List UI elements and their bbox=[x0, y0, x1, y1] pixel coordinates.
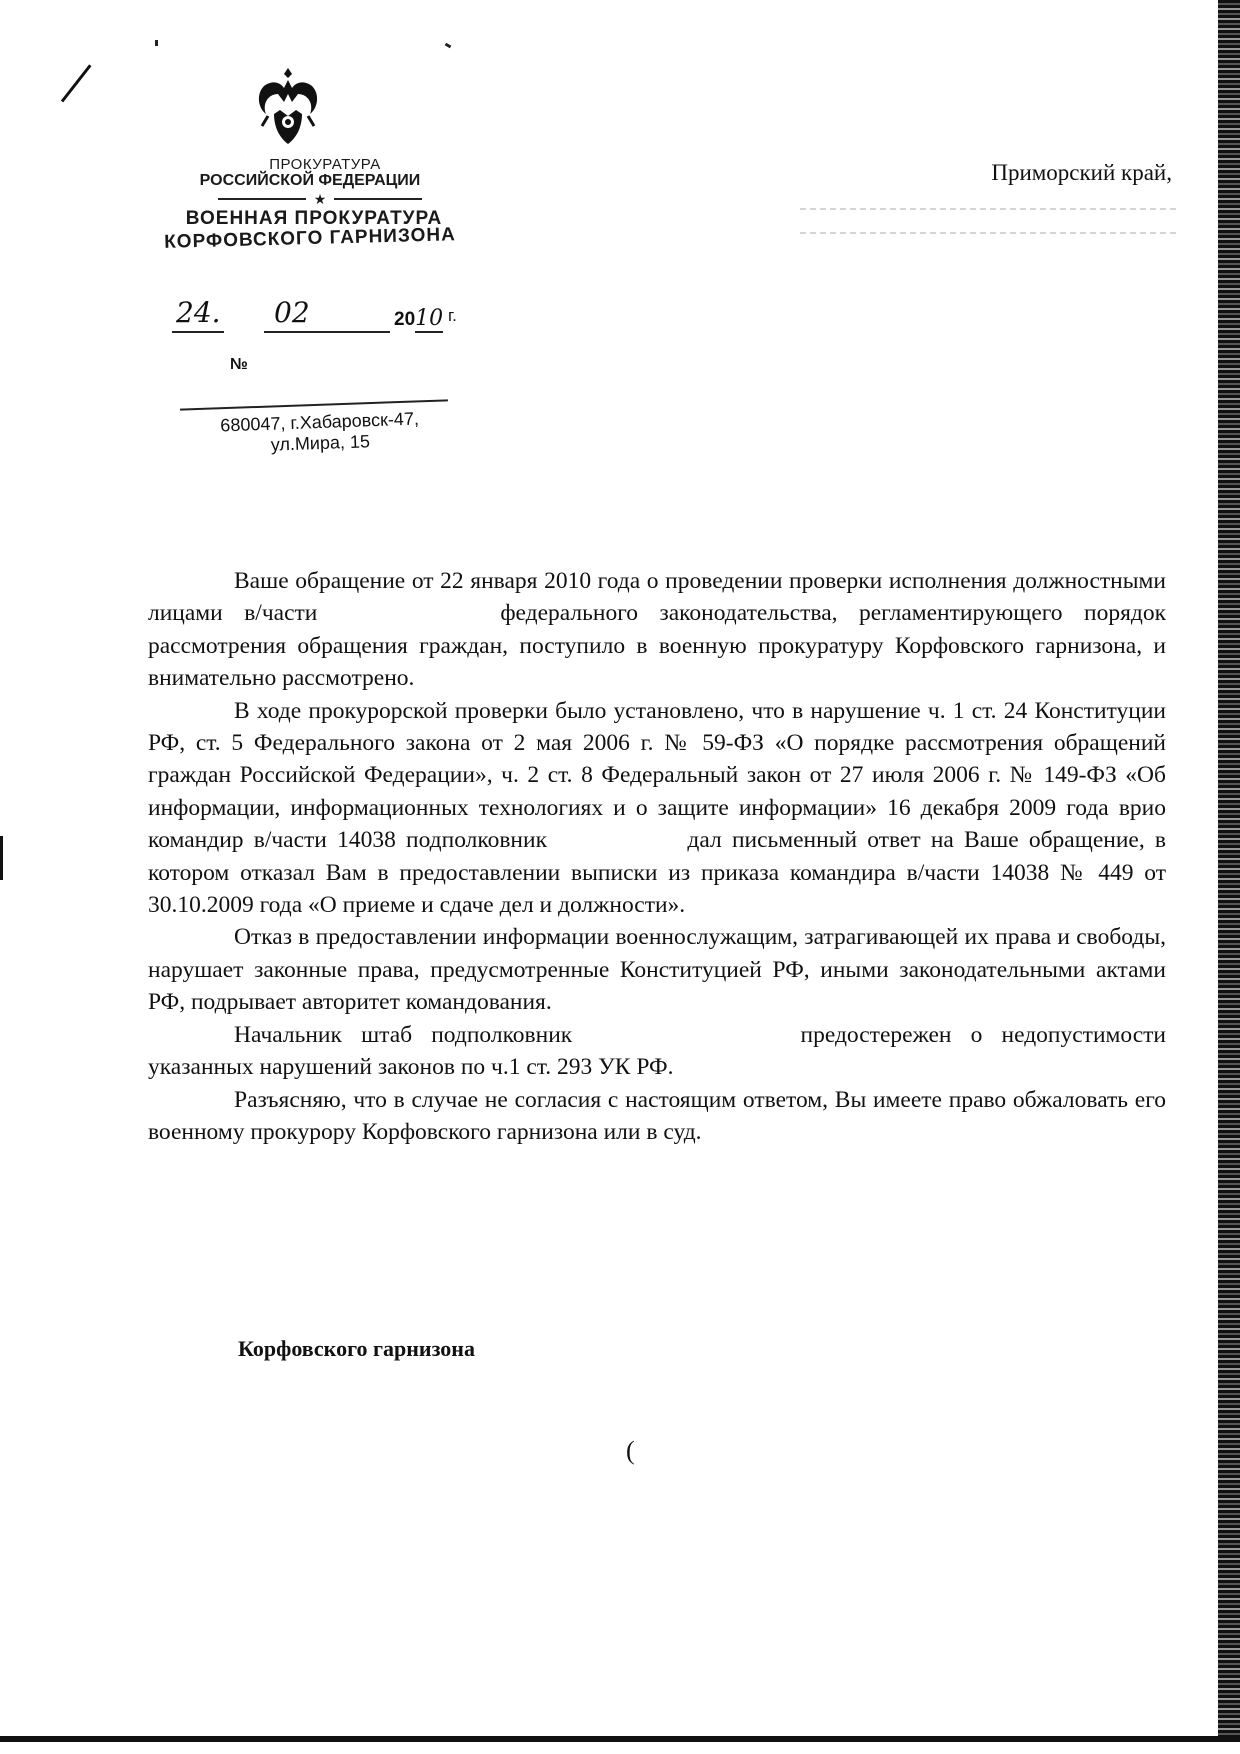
scan-edge-bottom bbox=[0, 1736, 1240, 1742]
document-number-label: № bbox=[230, 356, 248, 374]
document-date: 24. 02 2010 г. bbox=[168, 300, 468, 336]
paragraph: В ходе прокурорской проверки было устано… bbox=[148, 695, 1166, 922]
date-month: 02 bbox=[274, 296, 310, 329]
pen-mark bbox=[61, 64, 92, 102]
scan-speck bbox=[155, 40, 158, 46]
recipient-region: Приморский край, bbox=[800, 160, 1180, 186]
date-day: 24. bbox=[176, 296, 221, 329]
date-underline bbox=[172, 331, 224, 333]
letter-body: Ваше обращение от 22 января 2010 года о … bbox=[148, 565, 1166, 1148]
sender-address: 680047, г.Хабаровск-47, ул.Мира, 15 bbox=[189, 407, 450, 458]
date-underline bbox=[264, 331, 390, 333]
double-headed-eagle-emblem-icon bbox=[252, 64, 324, 152]
stamp-line-federation: РОССИЙСКОЙ ФЕДЕРАЦИИ bbox=[160, 172, 460, 190]
recipient-block: Приморский край, bbox=[800, 160, 1180, 234]
paragraph: Разъясняю, что в случае не согласия с на… bbox=[148, 1084, 1166, 1149]
paragraph: Отказ в предоставлении информации военно… bbox=[148, 921, 1166, 1018]
paragraph: Ваше обращение от 22 января 2010 года о … bbox=[148, 565, 1166, 695]
scan-speck bbox=[445, 43, 452, 49]
date-year: 2010 bbox=[394, 306, 443, 331]
stamp-divider: ★ bbox=[180, 192, 460, 206]
paragraph-text: Начальник штаб подполковник bbox=[234, 1022, 572, 1048]
redacted-recipient-line bbox=[800, 208, 1180, 210]
letterhead-stamp: ПРОКУРАТУРА РОССИЙСКОЙ ФЕДЕРАЦИИ ★ ВОЕНН… bbox=[160, 156, 460, 250]
paragraph: Начальник штаб подполковник предостереже… bbox=[148, 1019, 1166, 1084]
year-suffix: г. bbox=[448, 306, 457, 326]
stamp-line-prosecutor: ПРОКУРАТУРА bbox=[190, 156, 460, 173]
signature-org: Корфовского гарнизона bbox=[238, 1336, 475, 1362]
year-handwritten: 10 bbox=[415, 306, 443, 333]
redacted-recipient-line bbox=[800, 232, 1180, 234]
signature-stroke: ( bbox=[626, 1436, 635, 1466]
star-icon: ★ bbox=[314, 192, 327, 206]
divider-rule bbox=[218, 198, 306, 200]
scan-edge-right bbox=[1218, 0, 1240, 1740]
year-prefix: 20 bbox=[394, 309, 415, 330]
scan-mark-left bbox=[0, 836, 3, 880]
divider-rule bbox=[334, 198, 422, 200]
